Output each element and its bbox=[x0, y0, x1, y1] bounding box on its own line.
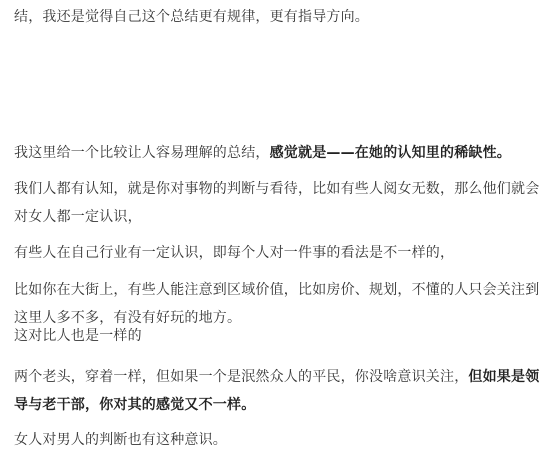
paragraph-scarcity-summary: 我这里给一个比较让人容易理解的总结，感觉就是——在她的认知里的稀缺性。 bbox=[14, 139, 511, 167]
bold-text: 但如果是领 bbox=[468, 369, 539, 385]
paragraph-line: 女人对男人的判断也有这种意识。 bbox=[14, 426, 227, 450]
paragraph-line: 导与老干部，你对其的感觉又不一样。 bbox=[14, 391, 539, 419]
normal-text: 我这里给一个比较让人容易理解的总结， bbox=[14, 145, 270, 161]
paragraph-industry: 有些人在自己行业有一定认识，即每个人对一件事的看法是不一样的， bbox=[14, 239, 454, 267]
paragraph-two-old-men: 两个老头，穿着一样，但如果一个是泯然众人的平民，你没啥意识关注，但如果是领 导与… bbox=[14, 363, 539, 419]
paragraph-people-same: 这对比人也是一样的 bbox=[14, 322, 142, 350]
paragraph-cognition: 我们人都有认知，就是你对事物的判断与看待，比如有些人阅女无数，那么他们就会 对女… bbox=[14, 175, 539, 231]
paragraph-line: 两个老头，穿着一样，但如果一个是泯然众人的平民，你没啥意识关注，但如果是领 bbox=[14, 363, 539, 391]
paragraph-line: 对女人都一定认识， bbox=[14, 203, 539, 231]
paragraph-line: 比如你在大街上，有些人能注意到区域价值，比如房价、规划，不懂的人只会关注到 bbox=[14, 276, 539, 304]
paragraph-summary-direction: 结，我还是觉得自己这个总结更有规律，更有指导方向。 bbox=[14, 3, 369, 31]
paragraph-line: 我们人都有认知，就是你对事物的判断与看待，比如有些人阅女无数，那么他们就会 bbox=[14, 175, 539, 203]
bold-text: 感觉就是——在她的认知里的稀缺性。 bbox=[270, 145, 511, 161]
normal-text: 两个老头，穿着一样，但如果一个是泯然众人的平民，你没啥意识关注， bbox=[14, 369, 468, 385]
paragraph-line: 结，我还是觉得自己这个总结更有规律，更有指导方向。 bbox=[14, 3, 369, 31]
paragraph-women-judgment: 女人对男人的判断也有这种意识。 bbox=[14, 426, 227, 450]
paragraph-line: 我这里给一个比较让人容易理解的总结，感觉就是——在她的认知里的稀缺性。 bbox=[14, 139, 511, 167]
paragraph-line: 有些人在自己行业有一定认识，即每个人对一件事的看法是不一样的， bbox=[14, 239, 454, 267]
paragraph-line: 这对比人也是一样的 bbox=[14, 322, 142, 350]
